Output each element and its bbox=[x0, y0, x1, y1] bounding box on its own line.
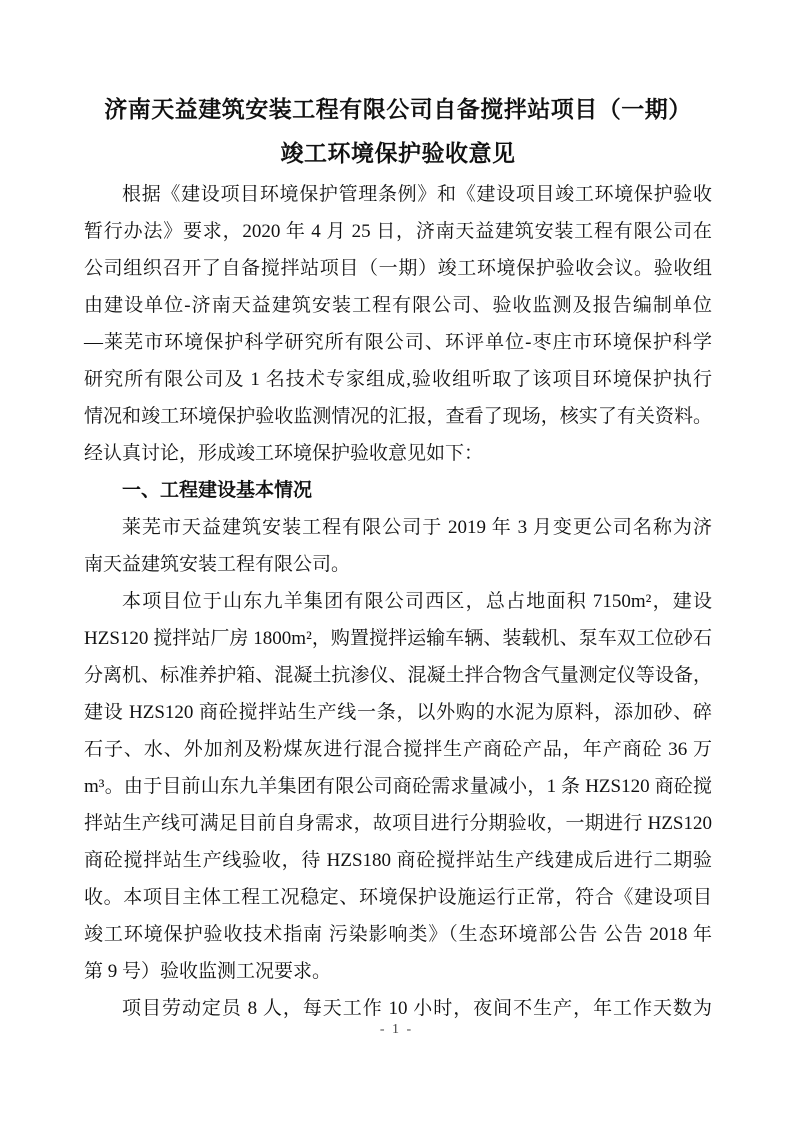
section-heading: 一、工程建设基本情况 bbox=[84, 472, 712, 509]
text-line: 研究所有限公司及 1 名技术专家组成,验收组听取了该项目环境保护执行 bbox=[84, 361, 712, 398]
text-line: 莱芜市天益建筑安装工程有限公司于 2019 年 3 月变更公司名称为济 bbox=[84, 509, 712, 546]
page-number: - 1 - bbox=[0, 1022, 793, 1038]
text-line: 公司组织召开了自备搅拌站项目（一期）竣工环境保护验收会议。验收组 bbox=[84, 250, 712, 287]
document-title: 济南天益建筑安装工程有限公司自备搅拌站项目（一期） bbox=[84, 88, 712, 132]
text-line: 南天益建筑安装工程有限公司。 bbox=[84, 546, 712, 583]
text-line: 分离机、标准养护箱、混凝土抗渗仪、混凝土拌合物含气量测定仪等设备， bbox=[84, 657, 712, 694]
text-line: m³。由于目前山东九羊集团有限公司商砼需求量减小，1 条 HZS120 商砼搅 bbox=[84, 768, 712, 805]
text-line: 经认真讨论，形成竣工环境保护验收意见如下： bbox=[84, 435, 712, 472]
text-line: 暂行办法》要求，2020 年 4 月 25 日，济南天益建筑安装工程有限公司在 bbox=[84, 213, 712, 250]
text-line: 商砼搅拌站生产线验收，待 HZS180 商砼搅拌站生产线建成后进行二期验 bbox=[84, 842, 712, 879]
text-line: HZS120 搅拌站厂房 1800m²，购置搅拌运输车辆、装载机、泵车双工位砂石 bbox=[84, 620, 712, 657]
text-line: 竣工环境保护验收技术指南 污染影响类》（生态环境部公告 公告 2018 年 bbox=[84, 916, 712, 953]
text-line: 由建设单位-济南天益建筑安装工程有限公司、验收监测及报告编制单位 bbox=[84, 287, 712, 324]
text-line: 收。本项目主体工程工况稳定、环境保护设施运行正常，符合《建设项目 bbox=[84, 879, 712, 916]
document-title-block: 济南天益建筑安装工程有限公司自备搅拌站项目（一期） 竣工环境保护验收意见 bbox=[84, 88, 712, 176]
page-content: 济南天益建筑安装工程有限公司自备搅拌站项目（一期） 竣工环境保护验收意见 根据《… bbox=[84, 88, 712, 1027]
text-line: 根据《建设项目环境保护管理条例》和《建设项目竣工环境保护验收 bbox=[84, 176, 712, 213]
text-line: 石子、水、外加剂及粉煤灰进行混合搅拌生产商砼产品，年产商砼 36 万 bbox=[84, 731, 712, 768]
document-body: 根据《建设项目环境保护管理条例》和《建设项目竣工环境保护验收暂行办法》要求，20… bbox=[84, 176, 712, 1027]
text-line: 第 9 号）验收监测工况要求。 bbox=[84, 953, 712, 990]
text-line: 建设 HZS120 商砼搅拌站生产线一条，以外购的水泥为原料，添加砂、碎 bbox=[84, 694, 712, 731]
paragraph: 本项目位于山东九羊集团有限公司西区，总占地面积 7150m²，建设HZS120 … bbox=[84, 583, 712, 990]
text-line: 情况和竣工环境保护验收监测情况的汇报，查看了现场，核实了有关资料。 bbox=[84, 398, 712, 435]
text-line: 拌站生产线可满足目前自身需求，故项目进行分期验收，一期进行 HZS120 bbox=[84, 805, 712, 842]
text-line: 本项目位于山东九羊集团有限公司西区，总占地面积 7150m²，建设 bbox=[84, 583, 712, 620]
paragraph: 根据《建设项目环境保护管理条例》和《建设项目竣工环境保护验收暂行办法》要求，20… bbox=[84, 176, 712, 472]
text-line: —莱芜市环境保护科学研究所有限公司、环评单位-枣庄市环境保护科学 bbox=[84, 324, 712, 361]
document-page: 济南天益建筑安装工程有限公司自备搅拌站项目（一期） 竣工环境保护验收意见 根据《… bbox=[0, 0, 793, 1122]
document-subtitle: 竣工环境保护验收意见 bbox=[84, 132, 712, 176]
paragraph: 莱芜市天益建筑安装工程有限公司于 2019 年 3 月变更公司名称为济南天益建筑… bbox=[84, 509, 712, 583]
